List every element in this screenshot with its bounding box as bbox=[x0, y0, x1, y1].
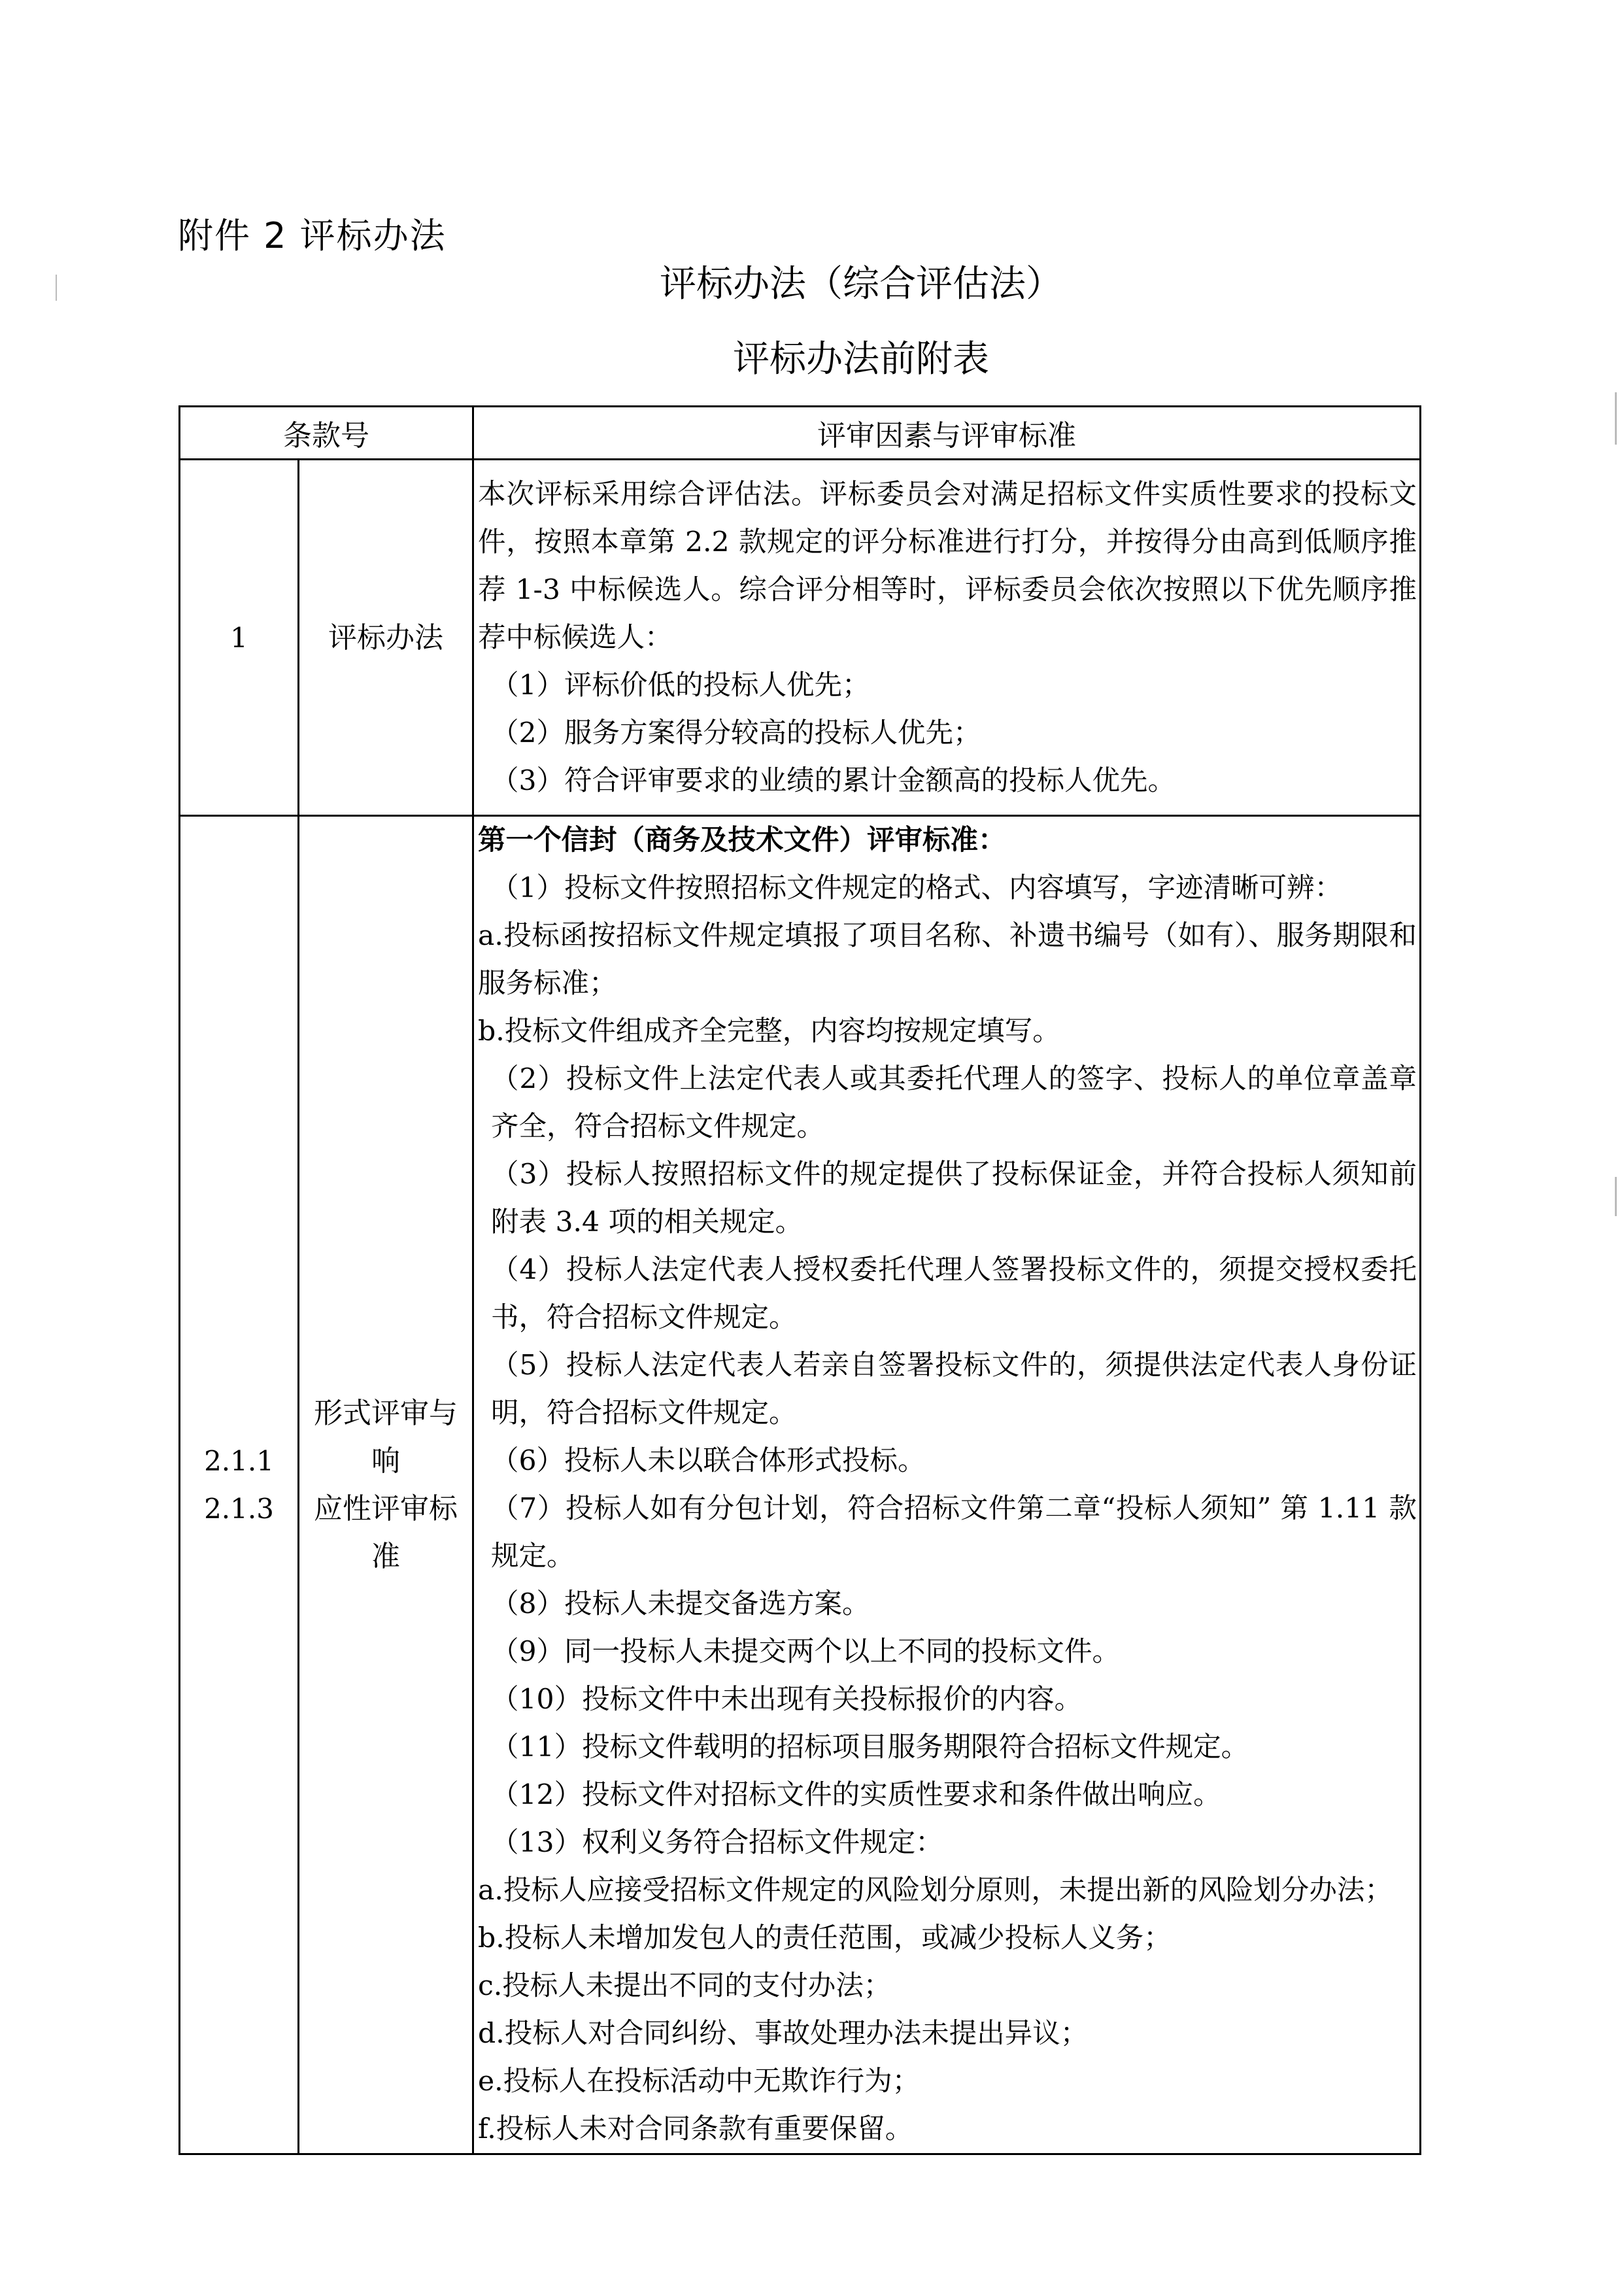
evaluation-criteria-table: 条款号 评审因素与评审标准 1 评标办法 本次评标采用综合评估法。评标委员会对满… bbox=[178, 405, 1421, 2155]
clause-name: 形式评审与响 应性评审标准 bbox=[299, 816, 473, 2154]
content-paragraph: b.投标人未增加发包人的责任范围，或减少投标人义务； bbox=[478, 1914, 1417, 1962]
clause-name-line: 形式评审与响 bbox=[300, 1389, 471, 1485]
content-heading: 第一个信封（商务及技术文件）评审标准： bbox=[478, 817, 1417, 864]
clause-name-line: 应性评审标准 bbox=[300, 1485, 471, 1580]
attachment-title: 附件 2 评标办法 bbox=[178, 208, 447, 258]
content-paragraph: b.投标文件组成齐全完整，内容均按规定填写。 bbox=[478, 1008, 1417, 1055]
scan-artifact bbox=[1615, 1177, 1617, 1216]
clause-content: 第一个信封（商务及技术文件）评审标准： （1）投标文件按照招标文件规定的格式、内… bbox=[473, 816, 1421, 2154]
content-paragraph: （2）投标文件上法定代表人或其委托代理人的签字、投标人的单位章盖章齐全，符合招标… bbox=[478, 1055, 1417, 1151]
content-paragraph: （7）投标人如有分包计划，符合招标文件第二章“投标人须知” 第 1.11 款规定… bbox=[478, 1485, 1417, 1580]
content-paragraph: d.投标人对合同纠纷、事故处理办法未提出异议； bbox=[478, 2010, 1417, 2058]
scan-artifact bbox=[56, 275, 57, 301]
content-paragraph: e.投标人在投标活动中无欺诈行为； bbox=[478, 2058, 1417, 2105]
content-paragraph: （1）评标价低的投标人优先； bbox=[478, 662, 1417, 709]
content-paragraph: a.投标人应接受招标文件规定的风险划分原则，未提出新的风险划分办法； bbox=[478, 1867, 1417, 1914]
header-clause-number: 条款号 bbox=[180, 407, 473, 460]
clause-number-line: 2.1.3 bbox=[181, 1485, 297, 1533]
content-paragraph: （13）权利义务符合招标文件规定： bbox=[478, 1819, 1417, 1867]
sub-title: 评标办法前附表 bbox=[0, 330, 1624, 382]
main-title: 评标办法（综合评估法） bbox=[0, 255, 1624, 307]
clause-number: 1 bbox=[180, 460, 299, 816]
content-paragraph: 本次评标采用综合评估法。评标委员会对满足招标文件实质性要求的投标文件，按照本章第… bbox=[478, 471, 1417, 662]
content-paragraph: （6）投标人未以联合体形式投标。 bbox=[478, 1437, 1417, 1485]
content-paragraph: （3）符合评审要求的业绩的累计金额高的投标人优先。 bbox=[478, 757, 1417, 805]
document-page: 附件 2 评标办法 评标办法（综合评估法） 评标办法前附表 条款号 评审因素与评… bbox=[0, 0, 1624, 2293]
content-paragraph: （10）投标文件中未出现有关投标报价的内容。 bbox=[478, 1676, 1417, 1724]
content-paragraph: （3）投标人按照招标文件的规定提供了投标保证金，并符合投标人须知前附表 3.4 … bbox=[478, 1151, 1417, 1246]
content-paragraph: （4）投标人法定代表人授权委托代理人签署投标文件的，须提交授权委托书，符合招标文… bbox=[478, 1246, 1417, 1342]
clause-number: 2.1.1 2.1.3 bbox=[180, 816, 299, 2154]
content-paragraph: c.投标人未提出不同的支付办法； bbox=[478, 1962, 1417, 2010]
table-row: 2.1.1 2.1.3 形式评审与响 应性评审标准 第一个信封（商务及技术文件）… bbox=[180, 816, 1421, 2154]
clause-name: 评标办法 bbox=[299, 460, 473, 816]
content-paragraph: （5）投标人法定代表人若亲自签署投标文件的，须提供法定代表人身份证明，符合招标文… bbox=[478, 1342, 1417, 1437]
content-paragraph: （8）投标人未提交备选方案。 bbox=[478, 1580, 1417, 1628]
scan-artifact bbox=[1615, 392, 1617, 445]
table-row: 1 评标办法 本次评标采用综合评估法。评标委员会对满足招标文件实质性要求的投标文… bbox=[180, 460, 1421, 816]
content-paragraph: （9）同一投标人未提交两个以上不同的投标文件。 bbox=[478, 1628, 1417, 1676]
table-header-row: 条款号 评审因素与评审标准 bbox=[180, 407, 1421, 460]
content-paragraph: f.投标人未对合同条款有重要保留。 bbox=[478, 2105, 1417, 2153]
clause-content: 本次评标采用综合评估法。评标委员会对满足招标文件实质性要求的投标文件，按照本章第… bbox=[473, 460, 1421, 816]
header-criteria: 评审因素与评审标准 bbox=[473, 407, 1421, 460]
content-paragraph: （2）服务方案得分较高的投标人优先； bbox=[478, 709, 1417, 757]
clause-number-line: 2.1.1 bbox=[181, 1437, 297, 1485]
content-paragraph: （12）投标文件对招标文件的实质性要求和条件做出响应。 bbox=[478, 1771, 1417, 1819]
content-paragraph: a.投标函按招标文件规定填报了项目名称、补遗书编号（如有）、服务期限和服务标准； bbox=[478, 912, 1417, 1008]
content-paragraph: （1）投标文件按照招标文件规定的格式、内容填写，字迹清晰可辨： bbox=[478, 864, 1417, 912]
content-paragraph: （11）投标文件载明的招标项目服务期限符合招标文件规定。 bbox=[478, 1724, 1417, 1771]
